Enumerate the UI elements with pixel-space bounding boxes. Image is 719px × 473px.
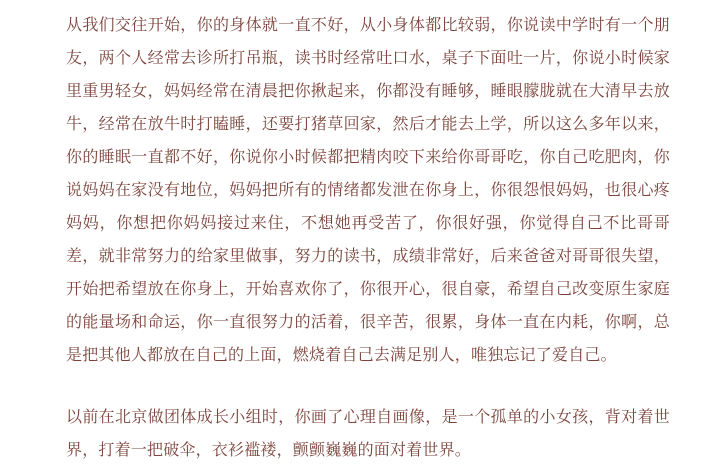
article-body: 从我们交往开始，你的身体就一直不好，从小身体都比较弱，你说读中学时有一个朋友，两… bbox=[0, 0, 719, 473]
paragraph-1: 从我们交往开始，你的身体就一直不好，从小身体都比较弱，你说读中学时有一个朋友，两… bbox=[66, 9, 670, 372]
paragraph-2: 以前在北京做团体成长小组时，你画了心理自画像，是一个孤单的小女孩，背对着世界，打… bbox=[66, 401, 670, 467]
